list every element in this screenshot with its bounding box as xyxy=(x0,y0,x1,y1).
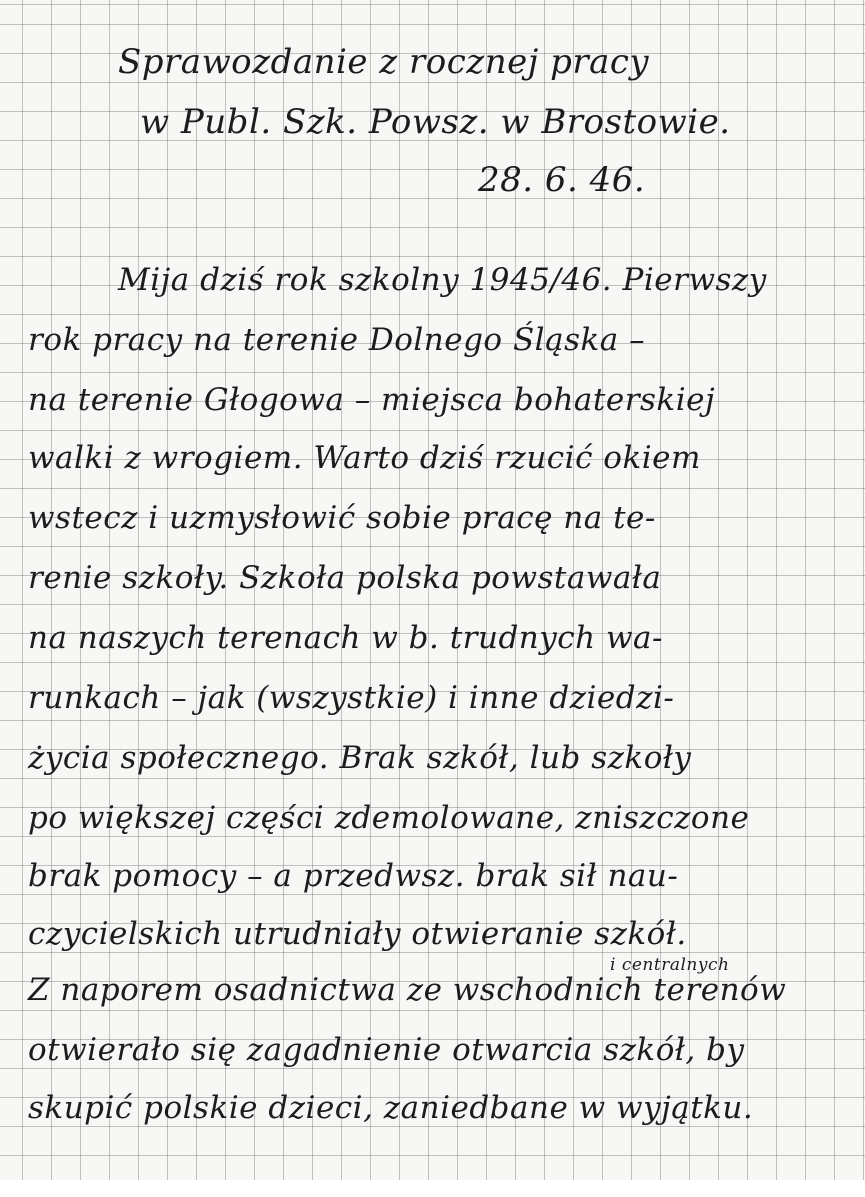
body-line-6: renie szkoły. Szkoła polska powstawała xyxy=(28,560,661,596)
body-line-3: na terenie Głogowa – miejsca bohaterskie… xyxy=(28,382,715,418)
body-line-5: wstecz i uzmysłowić sobie pracę na te- xyxy=(28,500,656,536)
body-line-15: skupić polskie dzieci, zaniedbane w wyją… xyxy=(28,1090,753,1126)
body-line-12: czycielskich utrudniały otwieranie szkół… xyxy=(28,916,687,952)
body-line-1: Mija dziś rok szkolny 1945/46. Pierwszy xyxy=(118,262,767,298)
body-line-2: rok pracy na terenie Dolnego Śląska – xyxy=(28,322,645,358)
body-line-10: po większej części zdemolowane, zniszczo… xyxy=(28,800,749,836)
graph-paper-sheet: Sprawozdanie z rocznej pracy w Publ. Szk… xyxy=(0,0,865,1180)
body-line-13: Z naporem osadnictwa ze wschodnich teren… xyxy=(28,972,786,1008)
heading-line-1: Sprawozdanie z rocznej pracy xyxy=(118,42,649,82)
heading-line-2: w Publ. Szk. Powsz. w Brostowie. xyxy=(140,102,731,142)
body-line-4: walki z wrogiem. Warto dziś rzucić okiem xyxy=(28,440,701,476)
body-line-7: na naszych terenach w b. trudnych wa- xyxy=(28,620,663,656)
body-line-9: życia społecznego. Brak szkół, lub szkoł… xyxy=(28,740,691,776)
body-line-8: runkach – jak (wszystkie) i inne dziedzi… xyxy=(28,680,674,716)
body-line-14: otwierało się zagadnienie otwarcia szkół… xyxy=(28,1032,744,1068)
heading-date: 28. 6. 46. xyxy=(478,160,645,200)
body-line-11: brak pomocy – a przedwsz. brak sił nau- xyxy=(28,858,678,894)
